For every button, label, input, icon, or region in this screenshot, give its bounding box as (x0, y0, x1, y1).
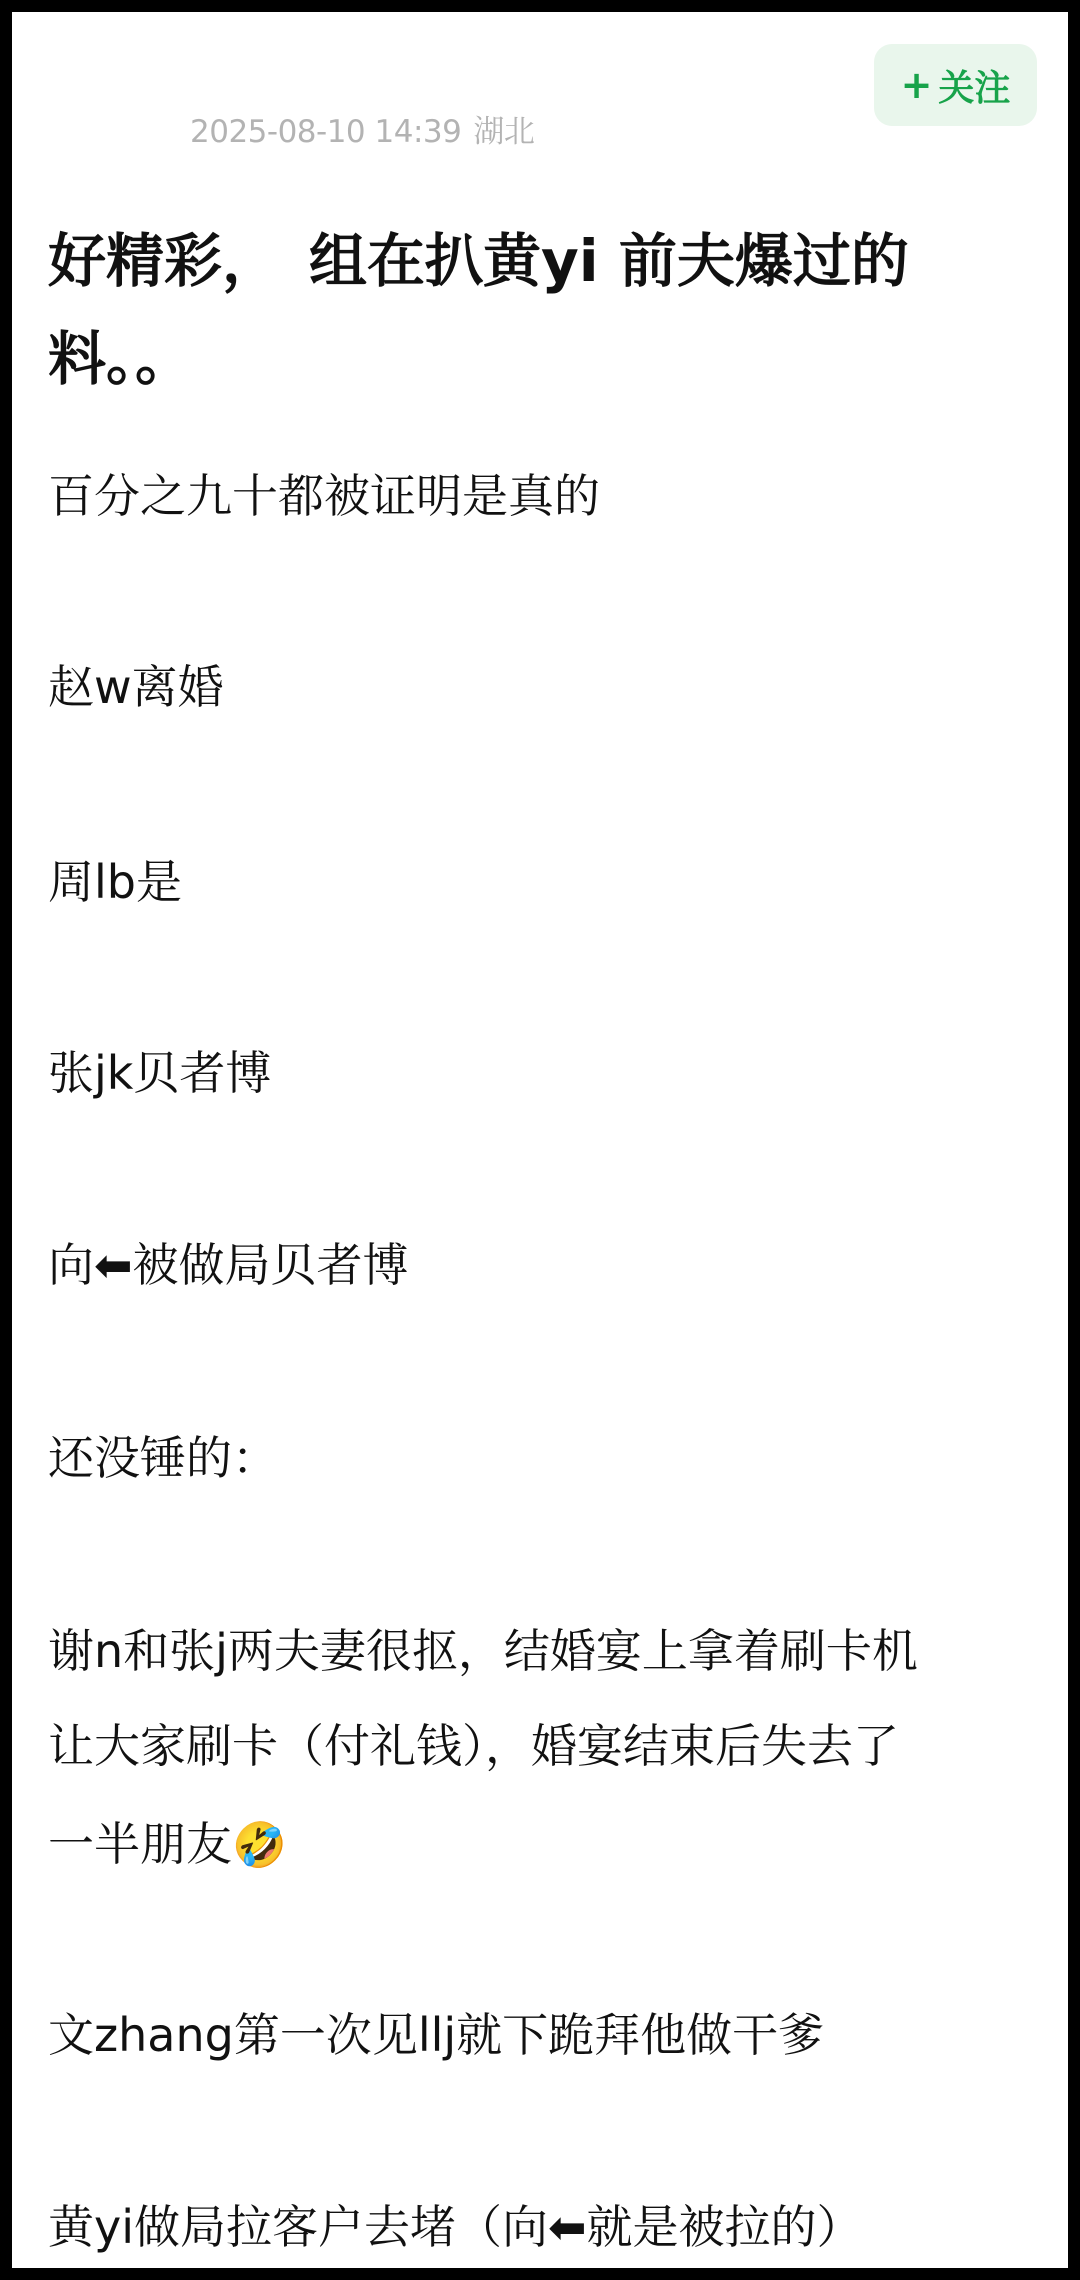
follow-button[interactable]: + 关注 (874, 44, 1037, 126)
body-line: 谢n和张j两夫妻很抠，结婚宴上拿着刷卡机 (48, 1615, 918, 1681)
body-line: 周lb是 (48, 846, 182, 912)
post-meta: 2025-08-10 14:39湖北 (190, 106, 534, 151)
body-line: 黄yi做局拉客户去堵（向⬅就是被拉的） (48, 2191, 863, 2257)
body-text: 一半朋友 (48, 1817, 232, 1871)
body-line: 向⬅被做局贝者博 (48, 1229, 409, 1295)
body-line: 让大家刷卡（付礼钱），婚宴结束后失去了 (48, 1710, 899, 1776)
body-line: 百分之九十都被证明是真的 (48, 460, 600, 526)
plus-icon: + (901, 63, 933, 107)
body-line-with-emoji: 一半朋友🤣 (48, 1808, 287, 1874)
body-line: 张jk贝者博 (48, 1037, 271, 1103)
post-container: 2025-08-10 14:39湖北 + 关注 好精彩， 组在扒黄yi 前夫爆过… (12, 12, 1068, 2268)
post-timestamp: 2025-08-10 14:39 (190, 114, 461, 150)
body-line: 还没锤的： (48, 1422, 278, 1488)
rofl-emoji-icon: 🤣 (232, 1820, 287, 1871)
follow-label: 关注 (938, 60, 1010, 111)
post-title: 好精彩， 组在扒黄yi 前夫爆过的料。。 (48, 212, 1038, 408)
post-location: 湖北 (473, 114, 534, 150)
body-line: 赵w离婚 (48, 651, 224, 717)
body-line: 文zhang第一次见llj就下跪拜他做干爹 (48, 1999, 824, 2065)
